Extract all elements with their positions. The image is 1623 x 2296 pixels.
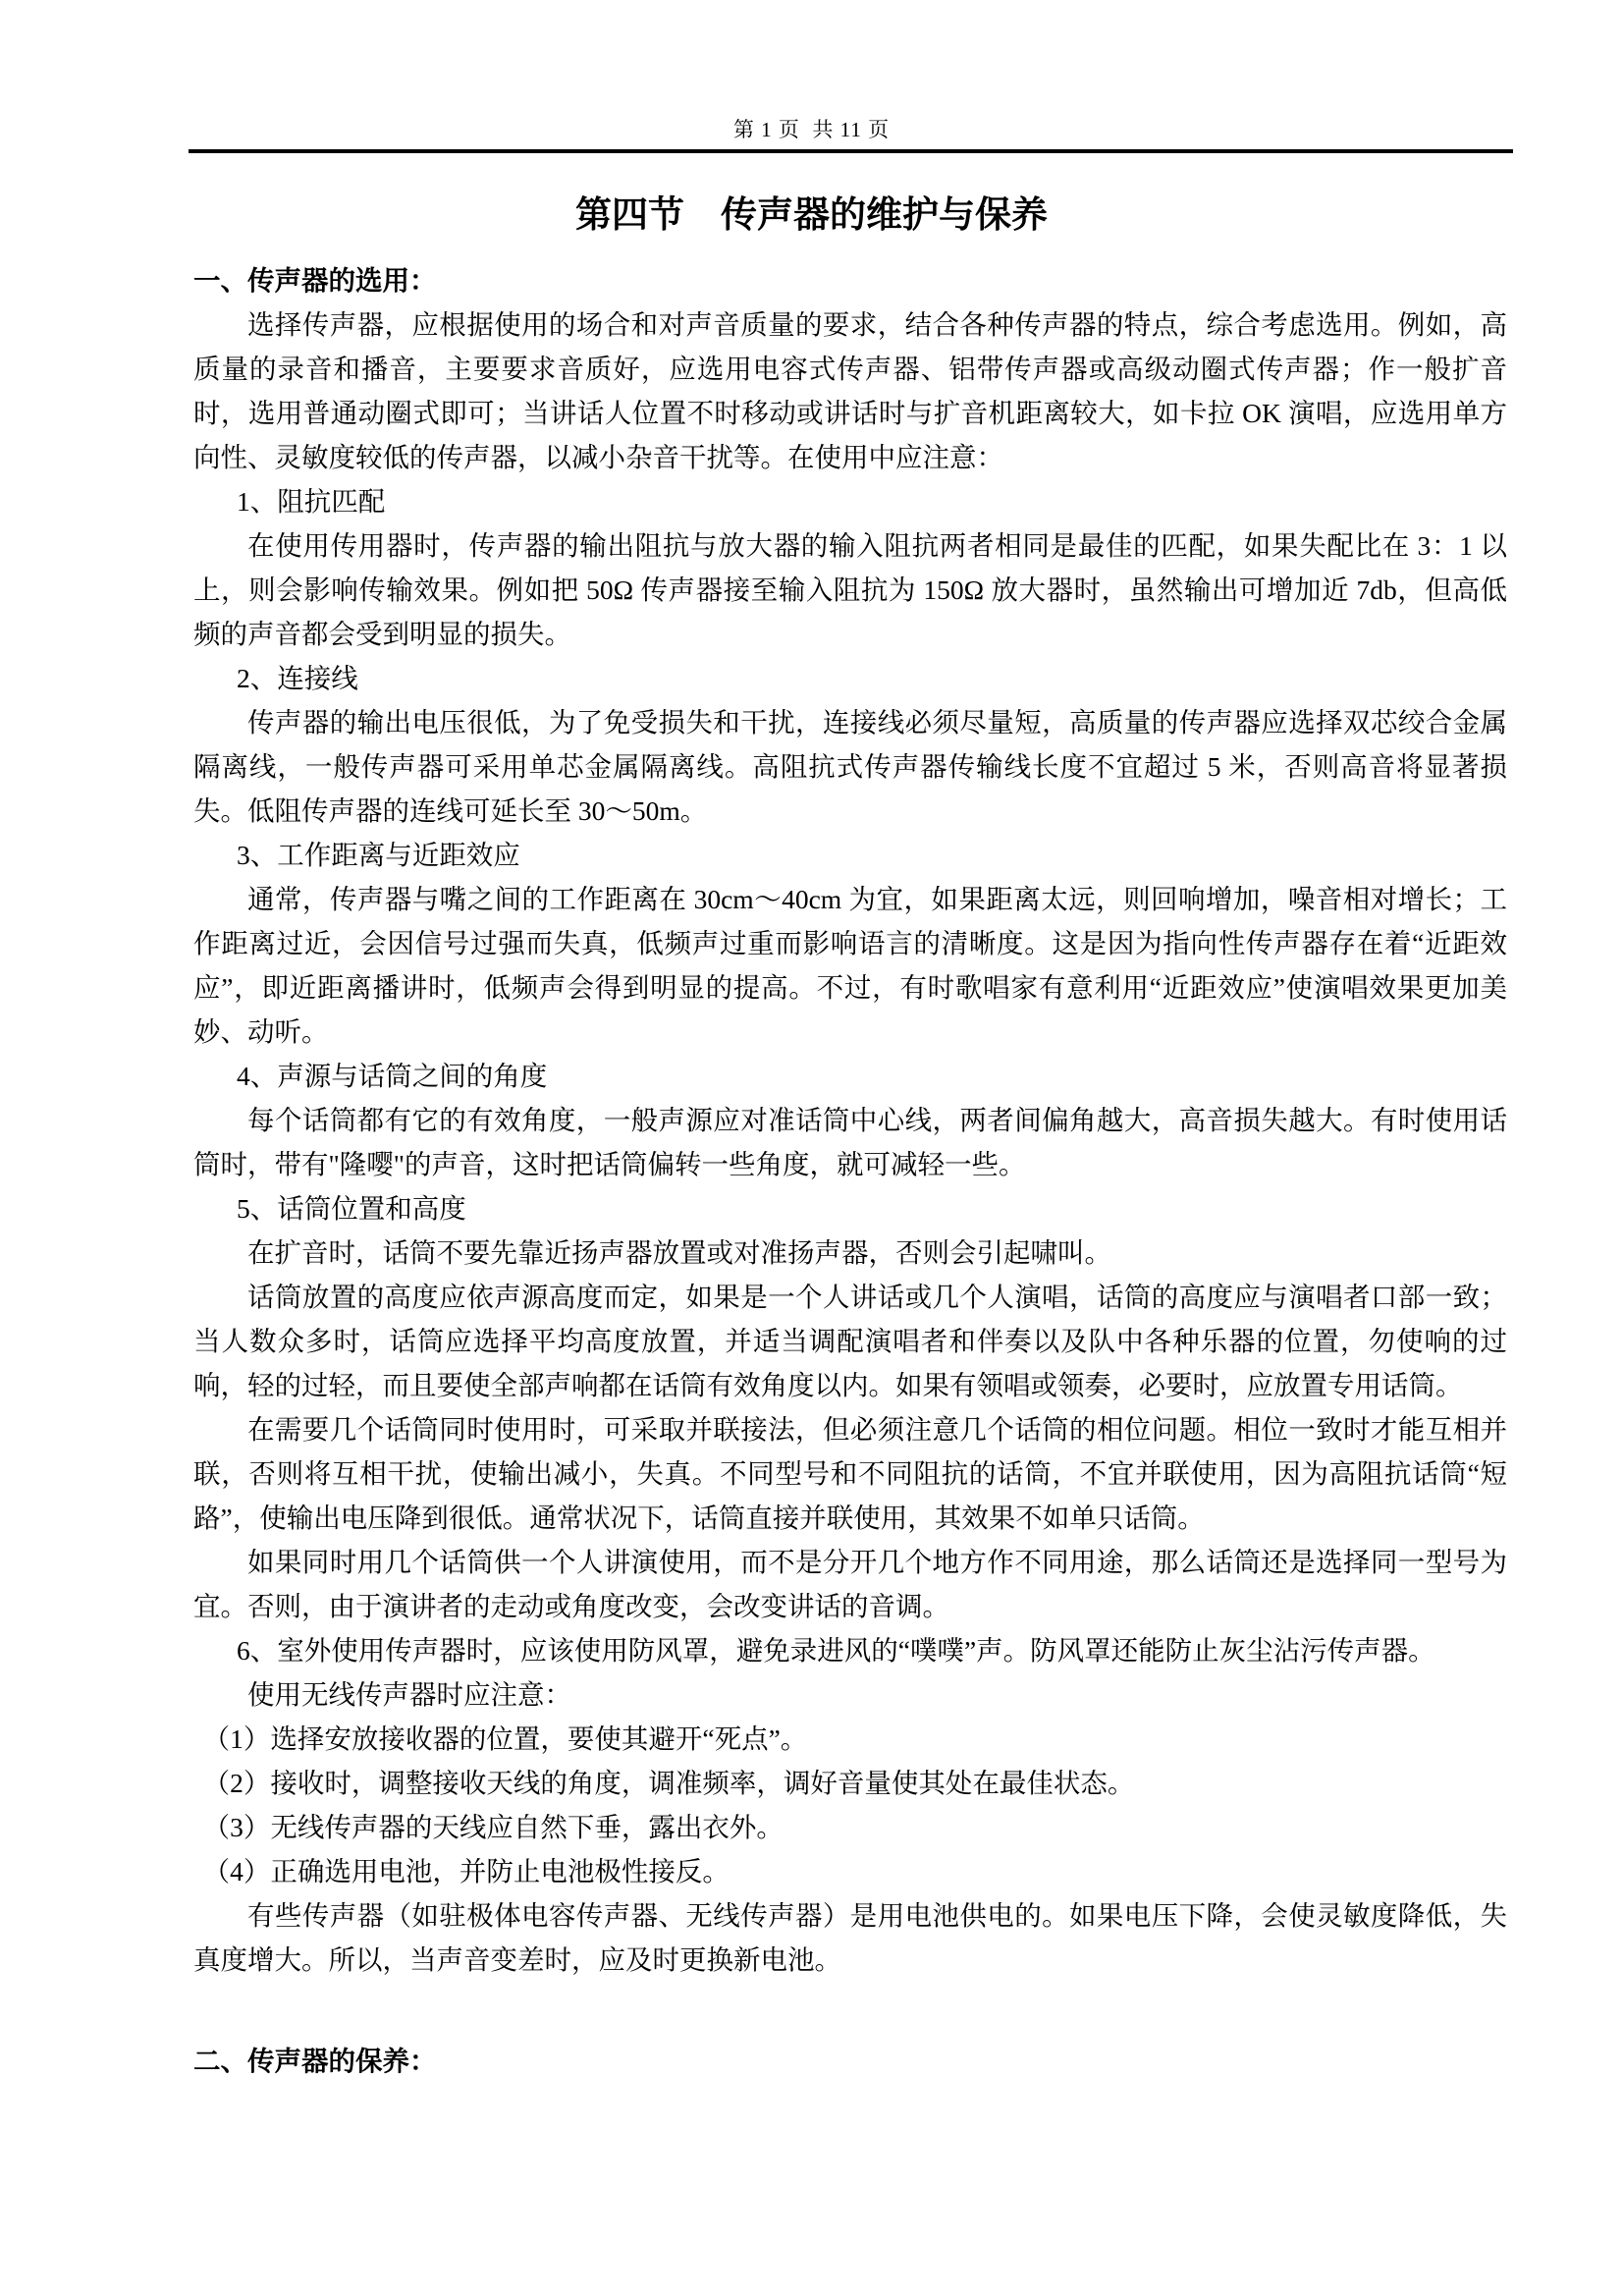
paragraph: 话筒放置的高度应依声源高度而定，如果是一个人讲话或几个人演唱，话筒的高度应与演唱…: [193, 1275, 1507, 1407]
list-item: （2）接收时，调整接收天线的角度，调准频率，调好音量使其处在最佳状态。: [193, 1761, 1507, 1805]
numbered-item: 2、连接线: [193, 656, 1507, 700]
paragraph: 使用无线传声器时应注意：: [193, 1672, 1507, 1717]
paragraph: 如果同时用几个话筒供一个人讲演使用，而不是分开几个地方作不同用途，那么话筒还是选…: [193, 1540, 1507, 1628]
paragraph: 选择传声器，应根据使用的场合和对声音质量的要求，结合各种传声器的特点，综合考虑选…: [193, 302, 1507, 479]
paragraph: 在扩音时，话筒不要先靠近扬声器放置或对准扬声器，否则会引起啸叫。: [193, 1230, 1507, 1275]
numbered-item: 6、室外使用传声器时，应该使用防风罩，避免录进风的“噗噗”声。防风罩还能防止灰尘…: [193, 1628, 1507, 1672]
numbered-item: 3、工作距离与近距效应: [193, 833, 1507, 877]
section-heading: 一、传声器的选用：: [193, 258, 1507, 302]
list-item: （4）正确选用电池，并防止电池极性接反。: [193, 1849, 1507, 1893]
paragraph: 传声器的输出电压很低，为了免受损失和干扰，连接线必须尽量短，高质量的传声器应选择…: [193, 700, 1507, 833]
document-page: 第 1 页 共 11 页 第四节 传声器的维护与保养 一、传声器的选用：选择传声…: [0, 0, 1623, 2296]
numbered-item: 1、阻抗匹配: [193, 479, 1507, 523]
header-rule: [189, 149, 1513, 153]
paragraph: 有些传声器（如驻极体电容传声器、无线传声器）是用电池供电的。如果电压下降，会使灵…: [193, 1893, 1507, 1982]
document-title: 第四节 传声器的维护与保养: [0, 185, 1623, 238]
section-heading: 二、传声器的保养：: [193, 2039, 1507, 2083]
paragraph: 在使用传用器时，传声器的输出阻抗与放大器的输入阻抗两者相同是最佳的匹配，如果失配…: [193, 523, 1507, 656]
page-number-header: 第 1 页 共 11 页: [0, 114, 1623, 143]
paragraph: 在需要几个话筒同时使用时，可采取并联接法，但必须注意几个话筒的相位问题。相位一致…: [193, 1407, 1507, 1540]
list-item: （3）无线传声器的天线应自然下垂，露出衣外。: [193, 1805, 1507, 1849]
numbered-item: 4、声源与话筒之间的角度: [193, 1054, 1507, 1098]
paragraph: 每个话筒都有它的有效角度，一般声源应对准话筒中心线，两者间偏角越大，高音损失越大…: [193, 1098, 1507, 1186]
document-body: 一、传声器的选用：选择传声器，应根据使用的场合和对声音质量的要求，结合各种传声器…: [193, 258, 1507, 2083]
paragraph: 通常，传声器与嘴之间的工作距离在 30cm～40cm 为宜，如果距离太远，则回响…: [193, 877, 1507, 1054]
list-item: （1）选择安放接收器的位置，要使其避开“死点”。: [193, 1717, 1507, 1761]
numbered-item: 5、话筒位置和高度: [193, 1186, 1507, 1230]
